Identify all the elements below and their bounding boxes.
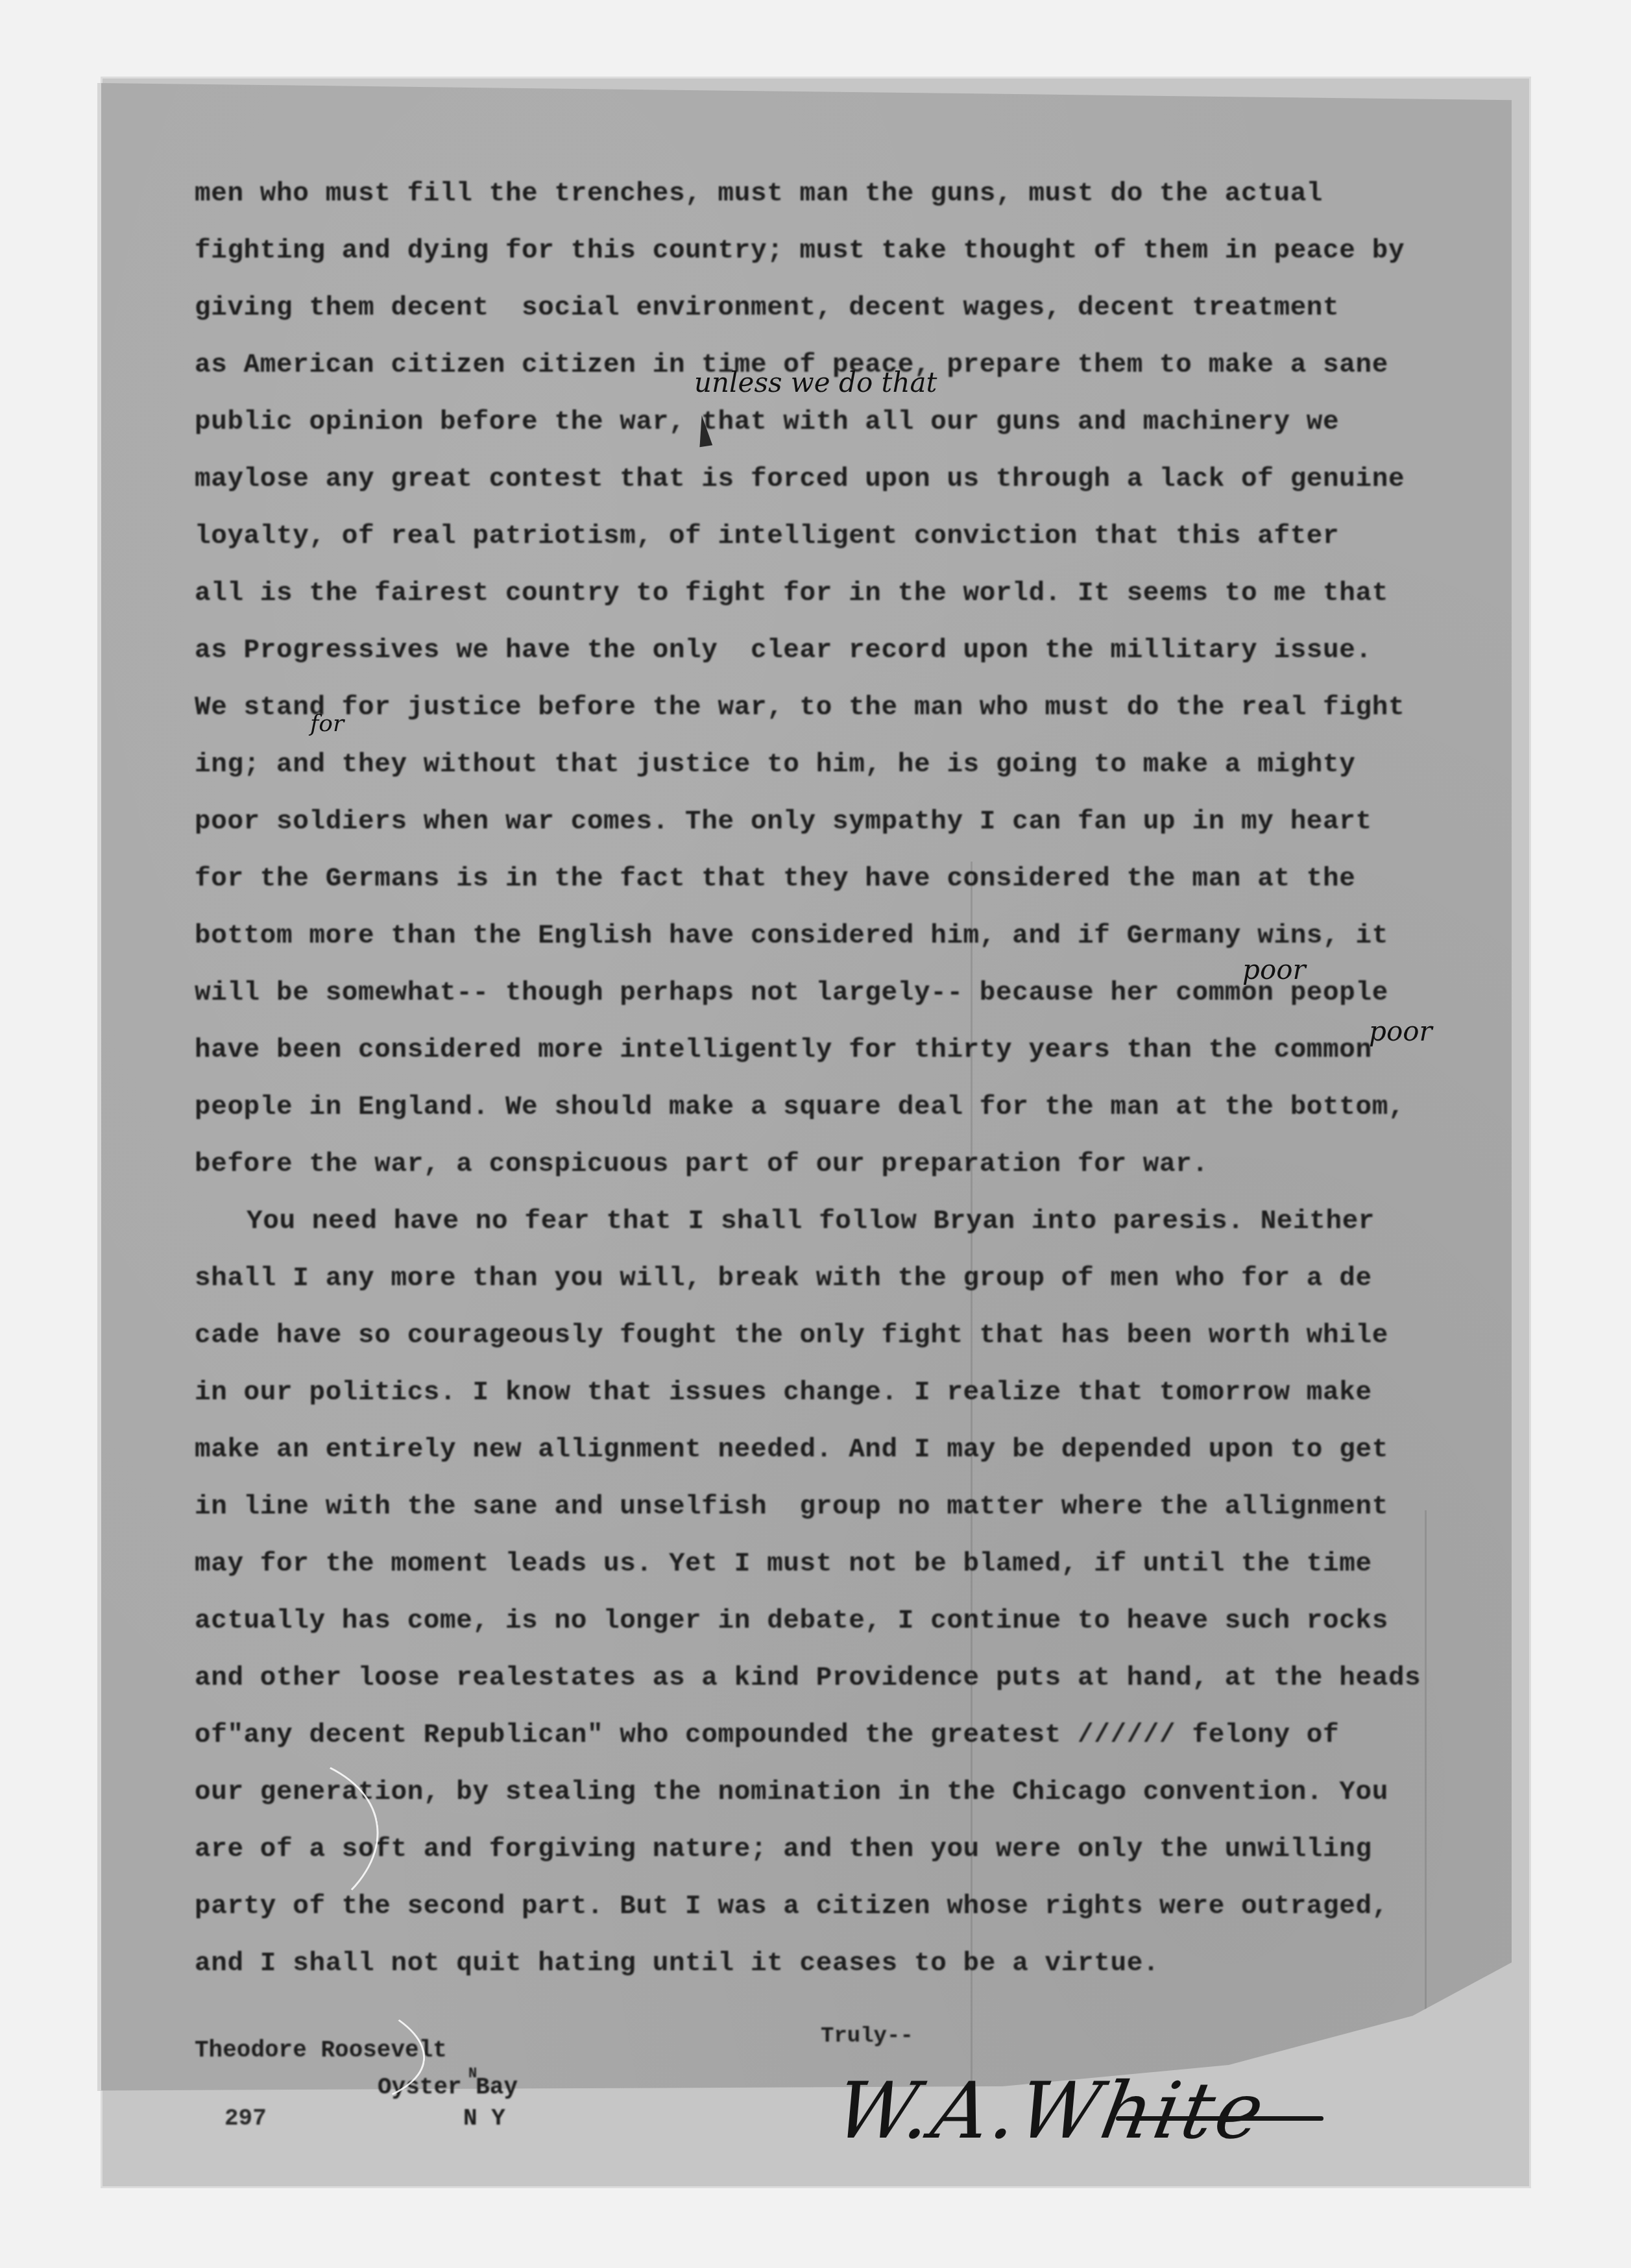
- text-line: men who must fill the trenches, must man…: [195, 165, 1486, 223]
- text-line: fighting and dying for this country; mus…: [195, 223, 1486, 280]
- text-line: and other loose realestates as a kind Pr…: [195, 1650, 1486, 1707]
- text-line: maylose any great contest that is forced…: [195, 451, 1486, 508]
- text-line: party of the second part. But I was a ci…: [195, 1878, 1486, 1935]
- text-line: giving them decent social environment, d…: [195, 280, 1486, 337]
- text-line: in our politics. I know that issues chan…: [195, 1364, 1486, 1421]
- text-line: may for the moment leads us. Yet I must …: [195, 1536, 1486, 1593]
- text-line: poor soldiers when war comes. The only s…: [195, 793, 1486, 850]
- handwritten-insertion: for: [310, 710, 344, 737]
- text-line: for the Germans is in the fact that they…: [195, 850, 1486, 908]
- text-line: shall I any more than you will, break wi…: [195, 1250, 1486, 1307]
- text-line: and I shall not quit hating until it cea…: [195, 1935, 1486, 1992]
- text-line: make an entirely new allignment needed. …: [195, 1421, 1486, 1478]
- text-line: cade have so courageously fought the onl…: [195, 1307, 1486, 1364]
- text-line: in line with the sane and unselfish grou…: [195, 1478, 1486, 1536]
- handwritten-insertion: unless we do that: [694, 367, 937, 398]
- text-line: We stand for justice before the war, to …: [195, 679, 1486, 736]
- text-line: public opinion before the war, that with…: [195, 394, 1486, 451]
- text-line: loyalty, of real patriotism, of intellig…: [195, 508, 1486, 565]
- recipient-state: N Y: [463, 2105, 505, 2132]
- text-line: ing; and they without that justice to hi…: [195, 736, 1486, 793]
- text-line: are of a soft and forgiving nature; and …: [195, 1821, 1486, 1878]
- recipient-city-superscript: N: [468, 2066, 477, 2082]
- signature: W.A.White: [829, 2066, 1273, 2156]
- text-line: all is the fairest country to fight for …: [195, 565, 1486, 622]
- text-line: our generation, by stealing the nominati…: [195, 1764, 1486, 1821]
- text-line: before the war, a conspicuous part of ou…: [195, 1136, 1486, 1193]
- handwritten-insertion: poor: [1369, 1015, 1432, 1047]
- text-line: of"any decent Republican" who compounded…: [195, 1707, 1486, 1764]
- text-line: people in England. We should make a squa…: [195, 1079, 1486, 1136]
- text-line: actually has come, is no longer in debat…: [195, 1593, 1486, 1650]
- signature-flourish: [1116, 2116, 1323, 2121]
- paragraph-start-line: You need have no fear that I shall follo…: [195, 1193, 1486, 1250]
- handwritten-insertion: poor: [1242, 954, 1306, 985]
- letter-body: men who must fill the trenches, must man…: [195, 165, 1486, 1992]
- text-line: have been considered more intelligently …: [195, 1022, 1486, 1079]
- text-line: as Progressives we have the only clear r…: [195, 622, 1486, 679]
- valediction: Truly--: [821, 2024, 913, 2049]
